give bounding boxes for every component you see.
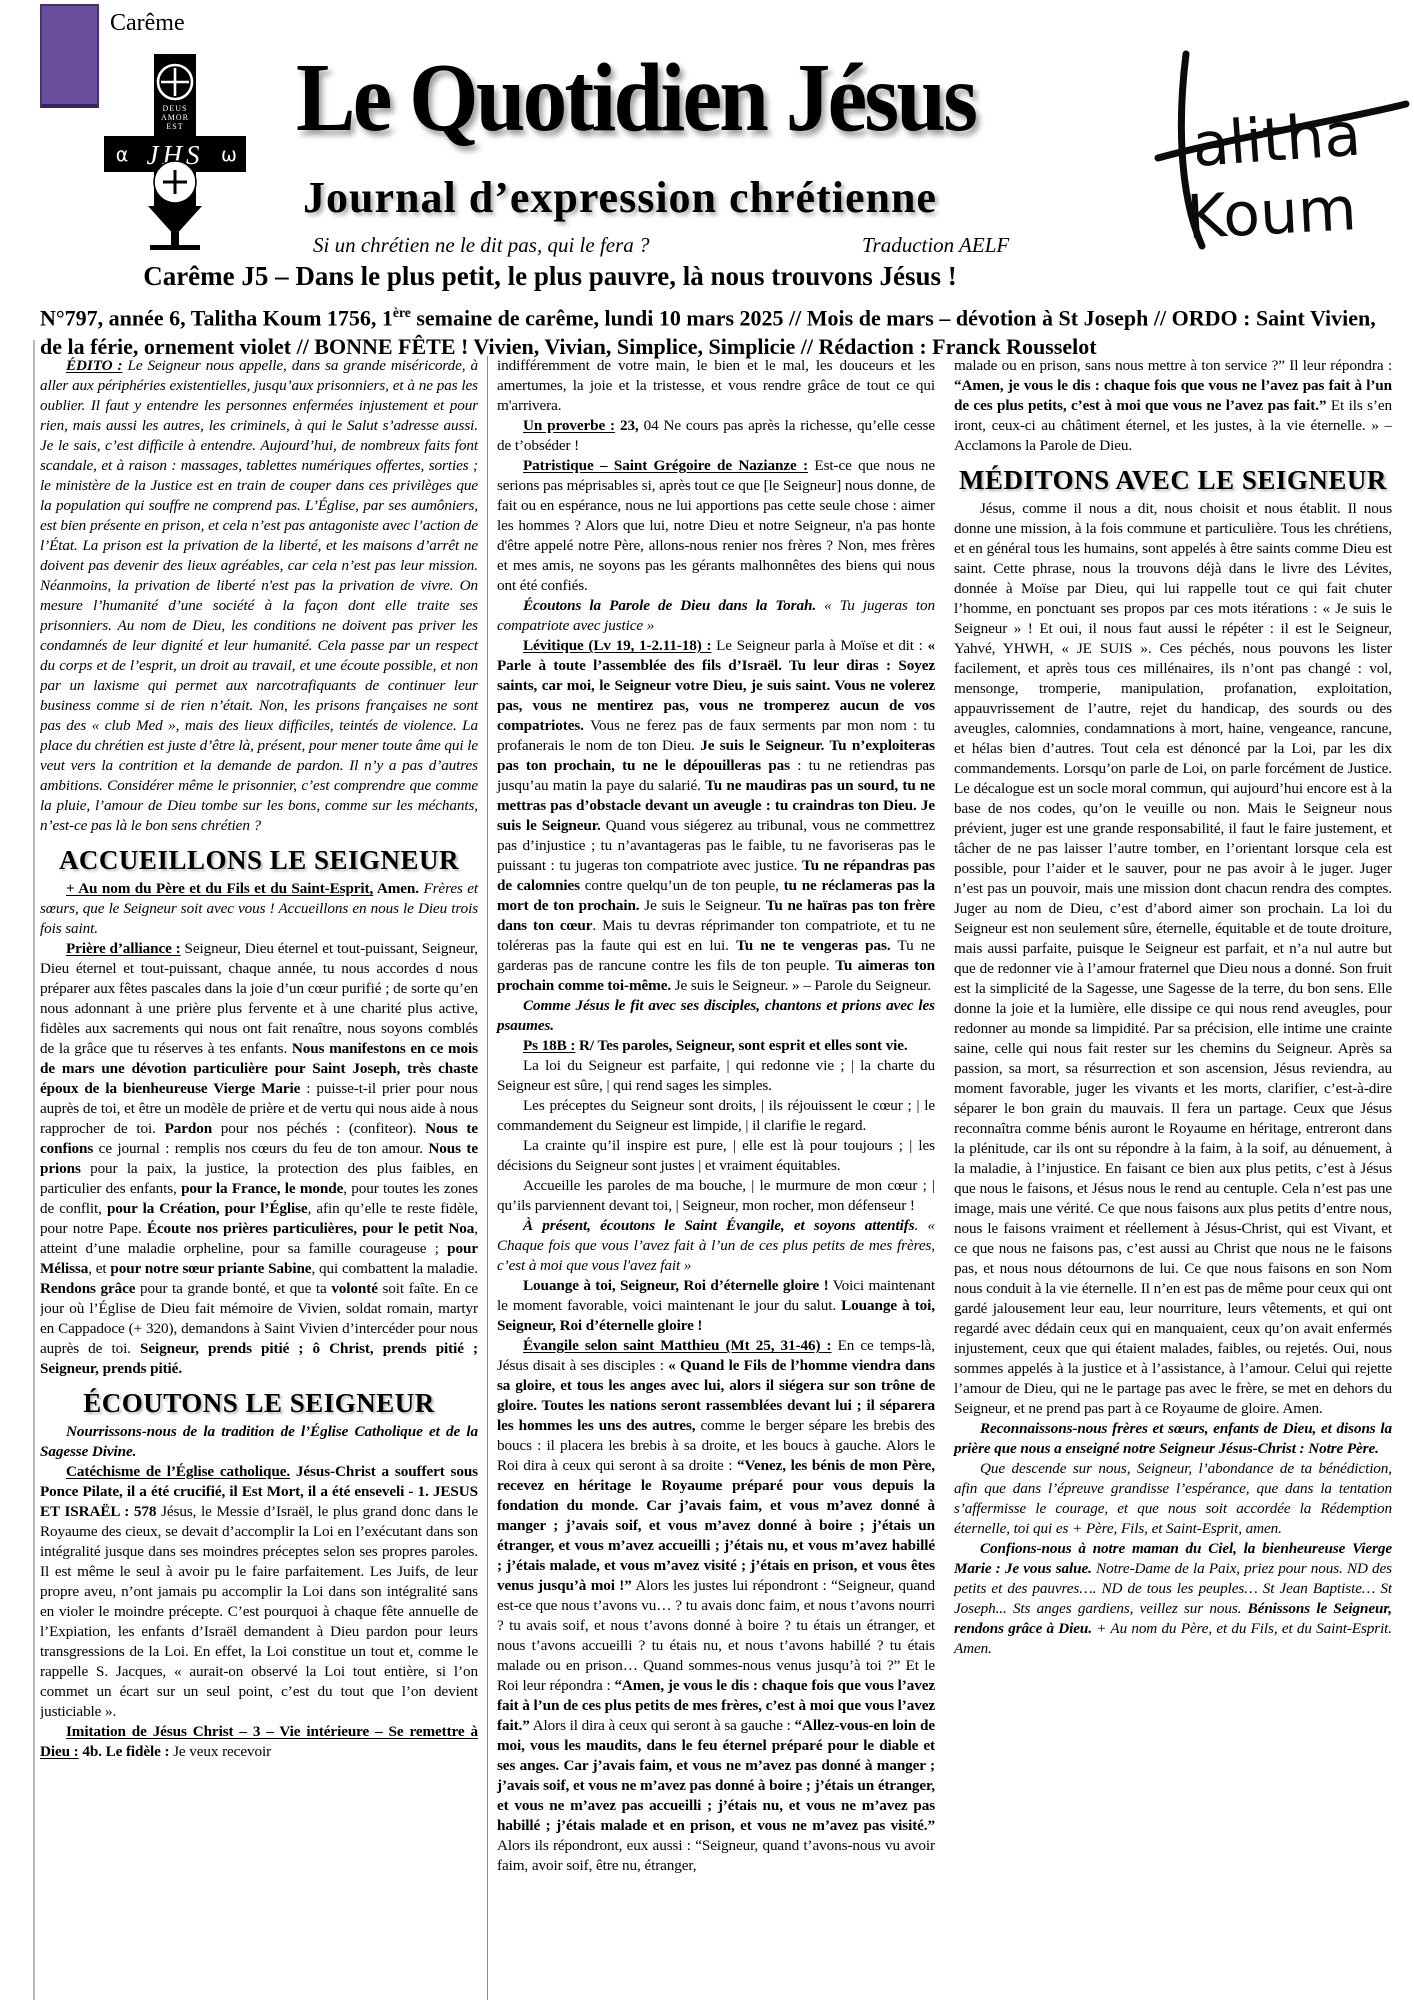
newspaper-title: Le Quotidien Jésus (296, 42, 975, 153)
edition-headline: Carême J5 – Dans le plus petit, le plus … (110, 261, 990, 292)
omega-glyph: ω (221, 144, 237, 166)
motto-tagline: Si un chrétien ne le dit pas, qui le fer… (313, 233, 650, 258)
translation-credit: Traduction AELF (862, 233, 1009, 258)
paragraph: Écoutons la Parole de Dieu dans la Torah… (497, 596, 935, 636)
lent-purple-ribbon (40, 4, 99, 108)
paragraph: Que descende sur nous, Seigneur, l’abond… (954, 1459, 1392, 1539)
deus-text-2: AMOR (161, 113, 189, 122)
section-heading: ACCUEILLONS LE SEIGNEUR (40, 845, 478, 875)
column-2: indifféremment de votre main, le bien et… (497, 356, 935, 2000)
paragraph: Prière d’alliance : Seigneur, Dieu étern… (40, 939, 478, 1379)
season-label: Carême (110, 10, 185, 37)
paragraph: Louange à toi, Seigneur, Roi d’éternelle… (497, 1276, 935, 1336)
paragraph: Ps 18B : R/ Tes paroles, Seigneur, sont … (497, 1036, 935, 1056)
paragraph: Catéchisme de l’Église catholique. Jésus… (40, 1462, 478, 1722)
column-3: malade ou en prison, sans nous mettre à … (954, 356, 1392, 2000)
paragraph: Évangile selon saint Matthieu (Mt 25, 31… (497, 1336, 935, 1876)
left-scan-edge (33, 340, 35, 2000)
paragraph: Comme Jésus le fit avec ses disciples, c… (497, 996, 935, 1036)
column-gutter-1 (478, 356, 497, 2000)
paragraph: indifféremment de votre main, le bien et… (497, 356, 935, 416)
column-gutter-2 (935, 356, 954, 2000)
section-heading: ÉCOUTONS LE SEIGNEUR (40, 1388, 478, 1418)
paragraph: Confions-nous à notre maman du Ciel, la … (954, 1539, 1392, 1659)
jhs-cross-logo: DEUS AMOR EST α JHS ω (92, 48, 258, 256)
paragraph: malade ou en prison, sans nous mettre à … (954, 356, 1392, 456)
issue-info: N°797, année 6, Talitha Koum 1756, 1ère … (40, 299, 1400, 361)
deus-text-3: EST (166, 122, 183, 131)
paragraph: Jésus, comme il nous a dit, nous choisit… (954, 499, 1392, 1419)
alpha-glyph: α (116, 144, 129, 166)
section-heading: MÉDITONS AVEC LE SEIGNEUR (954, 465, 1392, 495)
koum-text: Koum (1185, 174, 1358, 253)
deus-text-1: DEUS (163, 104, 188, 113)
paragraph: Lévitique (Lv 19, 1-2.11-18) : Le Seigne… (497, 636, 935, 996)
paragraph: ÉDITO : Le Seigneur nous appelle, dans s… (40, 356, 478, 836)
paragraph: Un proverbe : 23, 04 Ne cours pas après … (497, 416, 935, 456)
newspaper-subtitle: Journal d’expression chrétienne (303, 172, 937, 223)
paragraph: À présent, écoutons le Saint Évangile, e… (497, 1216, 935, 1276)
paragraph: Accueille les paroles de ma bouche, | le… (497, 1176, 935, 1216)
paragraph: Reconnaissons-nous frères et sœurs, enfa… (954, 1419, 1392, 1459)
column-1: ÉDITO : Le Seigneur nous appelle, dans s… (40, 356, 478, 2000)
paragraph: Nourrissons-nous de la tradition de l’Ég… (40, 1422, 478, 1462)
talitha-koum-logo: alitha Koum (1152, 40, 1414, 260)
paragraph: + Au nom du Père et du Fils et du Saint-… (40, 879, 478, 939)
paragraph: Les préceptes du Seigneur sont droits, |… (497, 1096, 935, 1136)
paragraph: Patristique – Saint Grégoire de Nazianze… (497, 456, 935, 596)
paragraph: La crainte qu’il inspire est pure, | ell… (497, 1136, 935, 1176)
body-columns: ÉDITO : Le Seigneur nous appelle, dans s… (40, 356, 1392, 2000)
paragraph: La loi du Seigneur est parfaite, | qui r… (497, 1056, 935, 1096)
paragraph: Imitation de Jésus Christ – 3 – Vie inté… (40, 1722, 478, 1762)
column-divider (487, 356, 488, 2000)
newspaper-page: Carême DEUS AMOR EST α JHS ω Le Quotidie… (0, 0, 1414, 2000)
talitha-text: alitha (1190, 99, 1363, 181)
